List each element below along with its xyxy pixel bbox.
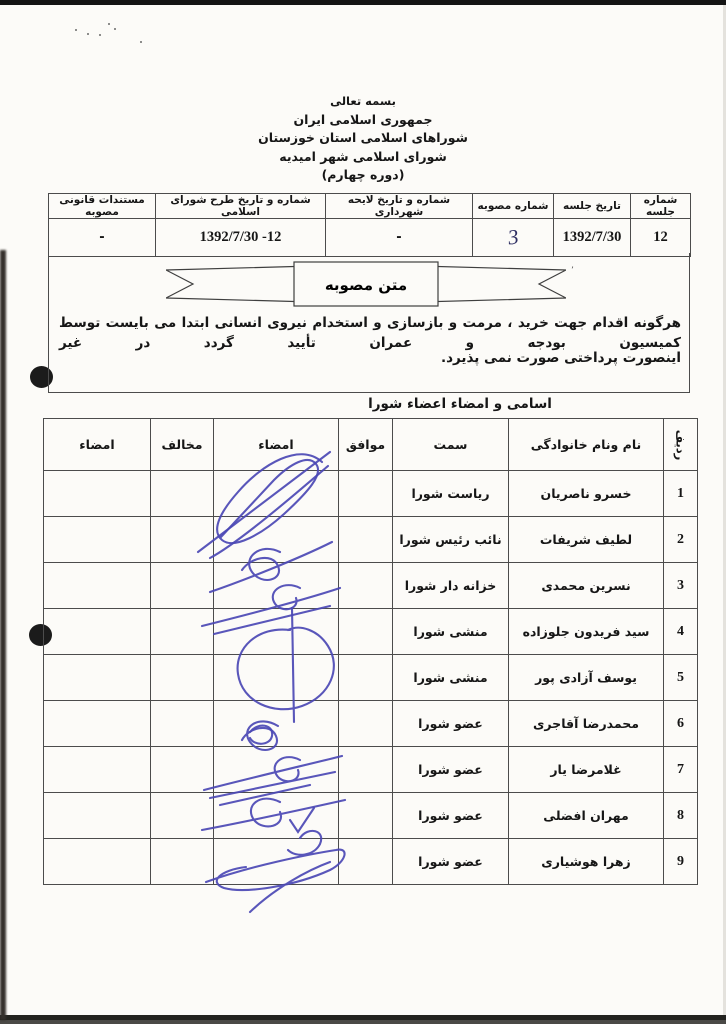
member-row-number: 7 bbox=[664, 747, 698, 793]
meta-header-row: شماره جلسه تاریخ جلسه شماره مصوبه شماره … bbox=[49, 194, 691, 219]
meta-value-row: 12 1392/7/30 3 - 1392/7/30 -12 - bbox=[49, 219, 691, 257]
member-row-number: 3 bbox=[664, 563, 698, 609]
member-name: لطیف شریفات bbox=[509, 517, 664, 563]
member-position: منشی شورا bbox=[393, 609, 509, 655]
session-date-value: 1392/7/30 bbox=[554, 219, 631, 257]
member-position: نائب رئیس شورا bbox=[393, 517, 509, 563]
table-row: 4 سید فریدون جلوزاده منشی شورا bbox=[44, 609, 698, 655]
signature2-cell bbox=[44, 471, 151, 517]
member-name: نسرین محمدی bbox=[509, 563, 664, 609]
signature-header: امضاء bbox=[214, 419, 339, 471]
signature2-cell bbox=[44, 839, 151, 885]
member-row-number: 4 bbox=[664, 609, 698, 655]
disagree-cell bbox=[151, 609, 214, 655]
signature-cell bbox=[214, 517, 339, 563]
agree-cell bbox=[339, 839, 393, 885]
disagree-header: مخالف bbox=[151, 419, 214, 471]
member-position: منشی شورا bbox=[393, 655, 509, 701]
resolution-text-line2: اینصورت پرداختی صورت نمی پذیرد. bbox=[59, 348, 681, 368]
disagree-cell bbox=[151, 563, 214, 609]
disagree-cell bbox=[151, 701, 214, 747]
disagree-cell bbox=[151, 517, 214, 563]
signature2-cell bbox=[44, 793, 151, 839]
legal-docs-header: مستندات قانونی مصوبه bbox=[49, 194, 156, 219]
agree-cell bbox=[339, 793, 393, 839]
signature2-cell bbox=[44, 517, 151, 563]
signature2-header: امضاء bbox=[44, 419, 151, 471]
scan-speck bbox=[140, 41, 142, 43]
resolution-number-header: شماره مصوبه bbox=[473, 194, 554, 219]
signature2-cell bbox=[44, 655, 151, 701]
signature-cell bbox=[214, 471, 339, 517]
member-row-number: 2 bbox=[664, 517, 698, 563]
member-name: غلامرضا یار bbox=[509, 747, 664, 793]
city-council-line: شورای اسلامی شهر امیدیه bbox=[0, 148, 726, 167]
agree-header: موافق bbox=[339, 419, 393, 471]
signature2-cell bbox=[44, 747, 151, 793]
member-name: یوسف آزادی پور bbox=[509, 655, 664, 701]
member-row-number: 6 bbox=[664, 701, 698, 747]
municipality-bill-header: شماره و تاریخ لایحه شهرداری bbox=[326, 194, 473, 219]
scan-edge-bottom-light bbox=[0, 1020, 726, 1024]
member-row-number: 8 bbox=[664, 793, 698, 839]
member-position: عضو شورا bbox=[393, 701, 509, 747]
province-line: شوراهای اسلامی استان خوزستان bbox=[0, 129, 726, 148]
disagree-cell bbox=[151, 655, 214, 701]
scan-speck bbox=[114, 28, 116, 30]
table-row: 8 مهران افضلی عضو شورا bbox=[44, 793, 698, 839]
resolution-box: متن مصوبه هرگونه اقدام جهت خرید ، مرمت و… bbox=[48, 253, 690, 393]
session-number-header: شماره جلسه bbox=[631, 194, 691, 219]
signature-cell bbox=[214, 747, 339, 793]
member-name: زهرا هوشیاری bbox=[509, 839, 664, 885]
legal-docs-value: - bbox=[49, 219, 156, 257]
scan-speck bbox=[108, 23, 110, 25]
table-row: 3 نسرین محمدی خزانه دار شورا bbox=[44, 563, 698, 609]
term-line: (دوره چهارم) bbox=[0, 166, 726, 185]
disagree-cell bbox=[151, 747, 214, 793]
member-row-number: 1 bbox=[664, 471, 698, 517]
municipality-bill-value: - bbox=[326, 219, 473, 257]
signature-cell bbox=[214, 609, 339, 655]
agree-cell bbox=[339, 609, 393, 655]
scan-speck bbox=[75, 29, 77, 31]
resolution-banner-ribbon: متن مصوبه bbox=[166, 261, 566, 307]
agree-cell bbox=[339, 701, 393, 747]
member-row-number: 9 bbox=[664, 839, 698, 885]
full-name-header: نام ونام خانوادگی bbox=[509, 419, 664, 471]
scan-edge-top bbox=[0, 0, 726, 5]
agree-cell bbox=[339, 655, 393, 701]
position-header: سمت bbox=[393, 419, 509, 471]
signature-cell bbox=[214, 563, 339, 609]
member-row-number: 5 bbox=[664, 655, 698, 701]
signature-cell bbox=[214, 701, 339, 747]
agree-cell bbox=[339, 747, 393, 793]
members-table: ردیف نام ونام خانوادگی سمت موافق امضاء م… bbox=[43, 418, 698, 885]
signature-cell bbox=[214, 793, 339, 839]
member-position: عضو شورا bbox=[393, 793, 509, 839]
session-date-header: تاریخ جلسه bbox=[554, 194, 631, 219]
agree-cell bbox=[339, 471, 393, 517]
letterhead: بسمه تعالی جمهوری اسلامی ایران شوراهای ا… bbox=[0, 92, 726, 185]
table-row: 9 زهرا هوشیاری عضو شورا bbox=[44, 839, 698, 885]
resolution-text-line1: هرگونه اقدام جهت خرید ، مرمت و بازسازی و… bbox=[59, 313, 681, 353]
row-number-header: ردیف bbox=[664, 419, 698, 471]
member-name: سید فریدون جلوزاده bbox=[509, 609, 664, 655]
members-header-row: ردیف نام ونام خانوادگی سمت موافق امضاء م… bbox=[44, 419, 698, 471]
agree-cell bbox=[339, 517, 393, 563]
member-position: عضو شورا bbox=[393, 839, 509, 885]
resolution-meta-table: شماره جلسه تاریخ جلسه شماره مصوبه شماره … bbox=[48, 193, 691, 257]
banner-title: متن مصوبه bbox=[325, 276, 407, 294]
session-number-value: 12 bbox=[631, 219, 691, 257]
member-position: عضو شورا bbox=[393, 747, 509, 793]
handwritten-resolution-number: 3 bbox=[506, 224, 520, 250]
resolution-number-value: 3 bbox=[473, 219, 554, 257]
agree-cell bbox=[339, 563, 393, 609]
council-plan-header: شماره و تاریخ طرح شورای اسلامی bbox=[156, 194, 326, 219]
signature-cell bbox=[214, 839, 339, 885]
council-plan-value: 1392/7/30 -12 bbox=[156, 219, 326, 257]
signature2-cell bbox=[44, 701, 151, 747]
member-position: خزانه دار شورا bbox=[393, 563, 509, 609]
members-section-title: اسامی و امضاء اعضاء شورا bbox=[250, 396, 670, 412]
scan-edge-left bbox=[0, 250, 6, 1020]
scanned-document-page: ’ بسمه تعالی جمهوری اسلامی ایران شوراهای… bbox=[0, 0, 726, 1024]
disagree-cell bbox=[151, 471, 214, 517]
signature2-cell bbox=[44, 563, 151, 609]
table-row: 5 یوسف آزادی پور منشی شورا bbox=[44, 655, 698, 701]
table-row: 2 لطیف شریفات نائب رئیس شورا bbox=[44, 517, 698, 563]
signature-cell bbox=[214, 655, 339, 701]
table-row: 7 غلامرضا یار عضو شورا bbox=[44, 747, 698, 793]
member-name: مهران افضلی bbox=[509, 793, 664, 839]
signature2-cell bbox=[44, 609, 151, 655]
disagree-cell bbox=[151, 793, 214, 839]
basmala: بسمه تعالی bbox=[0, 92, 726, 111]
scan-speck bbox=[87, 33, 89, 35]
table-row: 1 خسرو ناصریان ریاست شورا bbox=[44, 471, 698, 517]
member-name: محمدرضا آقاجری bbox=[509, 701, 664, 747]
scan-speck bbox=[99, 34, 101, 36]
disagree-cell bbox=[151, 839, 214, 885]
member-position: ریاست شورا bbox=[393, 471, 509, 517]
member-name: خسرو ناصریان bbox=[509, 471, 664, 517]
country-line: جمهوری اسلامی ایران bbox=[0, 111, 726, 130]
table-row: 6 محمدرضا آقاجری عضو شورا bbox=[44, 701, 698, 747]
